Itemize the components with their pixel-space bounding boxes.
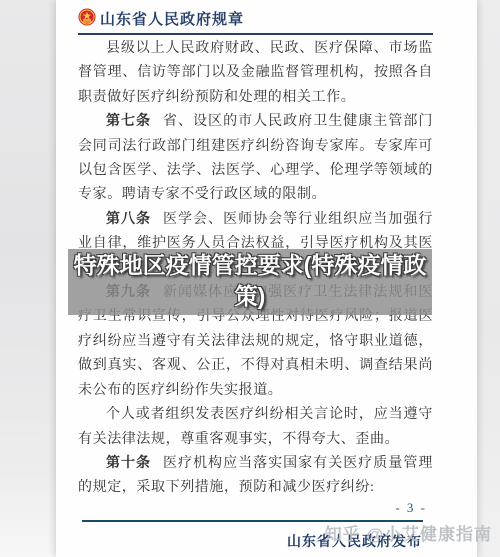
doc-paragraph: 县级以上人民政府财政、民政、医疗保障、市场监督管理、信访等部门以及金融监督管理机… (78, 37, 433, 110)
national-emblem-icon (78, 8, 96, 26)
article-number: 第七条 (106, 114, 151, 129)
article-number: 第八条 (106, 212, 151, 227)
document-photo: 山东省人民政府规章 县级以上人民政府财政、民政、医疗保障、市场监督管理、信访等部… (0, 0, 500, 557)
page-header: 山东省人民政府规章 (78, 0, 433, 35)
watermark-text: 知乎 @小艾健康指南 (325, 520, 492, 545)
doc-paragraph: 个人或者组织发表医疗纠纷相关言论时，应当遵守有关法律法规，尊重客观事实，不得夸大… (78, 403, 433, 452)
doc-paragraph: 第七条省、设区的市人民政府卫生健康主管部门会同司法行政部门组建医疗纠纷咨询专家库… (78, 110, 433, 208)
overlay-caption-band: 特殊地区疫情管控要求(特殊疫情政策) (68, 249, 432, 315)
paragraph-text: 县级以上人民政府财政、民政、医疗保障、市场监督管理、信访等部门以及金融监督管理机… (78, 41, 433, 105)
overlay-caption-text: 特殊地区疫情管控要求(特殊疫情政策) (71, 250, 429, 312)
article-number: 第十条 (106, 456, 151, 471)
header-title: 山东省人民政府规章 (100, 8, 244, 29)
page-number: - 3 - (395, 500, 427, 516)
doc-paragraph: 第十条医疗机构应当落实国家有关医疗质量管理的规定，采取下列措施，预防和减少医疗纠… (78, 452, 433, 501)
photo-background-left (0, 0, 56, 557)
photo-background-right (477, 0, 500, 557)
paragraph-text: 个人或者组织发表医疗纠纷相关言论时，应当遵守有关法律法规，尊重客观事实，不得夸大… (78, 407, 433, 446)
